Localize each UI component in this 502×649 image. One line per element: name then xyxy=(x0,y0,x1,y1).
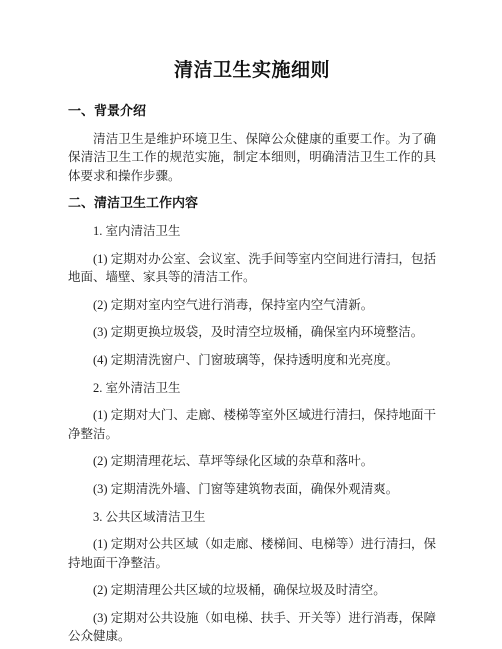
indoor-item-3: (3) 定期更换垃圾袋，及时清空垃圾桶，确保室内环境整洁。 xyxy=(68,323,436,342)
indoor-item-2: (2) 定期对室内空气进行消毒，保持室内空气清新。 xyxy=(68,296,436,315)
indoor-item-1: (1) 定期对办公室、会议室、洗手间等室内空间进行清扫，包括地面、墙壁、家具等的… xyxy=(68,250,436,287)
indoor-item-4: (4) 定期清洗窗户、门窗玻璃等，保持透明度和光亮度。 xyxy=(68,351,436,370)
public-area-item-3: (3) 定期对公共设施（如电梯、扶手、开关等）进行消毒，保障公众健康。 xyxy=(68,609,436,646)
subheading-outdoor-cleaning: 2. 室外清洁卫生 xyxy=(68,379,436,398)
public-area-item-1: (1) 定期对公共区域（如走廊、楼梯间、电梯等）进行清扫，保持地面干净整洁。 xyxy=(68,535,436,572)
section-heading-work-content: 二、清洁卫生工作内容 xyxy=(68,194,436,213)
outdoor-item-1: (1) 定期对大门、走廊、楼梯等室外区域进行清扫，保持地面干净整洁。 xyxy=(68,406,436,443)
section-heading-background: 一、背景介绍 xyxy=(68,102,436,121)
intro-paragraph: 清洁卫生是维护环境卫生、保障公众健康的重要工作。为了确保清洁卫生工作的规范实施，… xyxy=(68,130,436,186)
document-page: 清洁卫生实施细则 一、背景介绍 清洁卫生是维护环境卫生、保障公众健康的重要工作。… xyxy=(0,0,502,649)
document-title: 清洁卫生实施细则 xyxy=(68,57,436,84)
subheading-indoor-cleaning: 1. 室内清洁卫生 xyxy=(68,222,436,241)
outdoor-item-2: (2) 定期清理花坛、草坪等绿化区域的杂草和落叶。 xyxy=(68,452,436,471)
public-area-item-2: (2) 定期清理公共区域的垃圾桶，确保垃圾及时清空。 xyxy=(68,581,436,600)
outdoor-item-3: (3) 定期清洗外墙、门窗等建筑物表面，确保外观清爽。 xyxy=(68,480,436,499)
subheading-public-area-cleaning: 3. 公共区域清洁卫生 xyxy=(68,508,436,527)
